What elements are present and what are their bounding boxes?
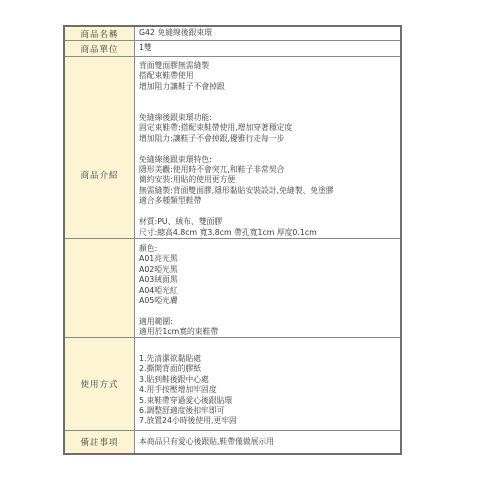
product-intro-text: 背面雙面膠無需縫製 搭配束鞋帶使用 增加阻力讓鞋子不會掉跟 免縫線後跟束環功能:…	[135, 57, 400, 238]
product-spec-table: 商品名稱 G42 免縫線後跟束環 商品單位 1雙 商品介紹 背面雙面膠無需縫製 …	[63, 25, 402, 455]
row-product-unit: 商品單位 1雙	[65, 41, 400, 57]
remarks-label: 備註事項	[65, 431, 135, 453]
product-name-value: G42 免縫線後跟束環	[135, 27, 400, 40]
remarks-text: 本商品只有愛心後跟貼,鞋帶僅做展示用	[135, 431, 400, 453]
row-product-intro: 商品介紹 背面雙面膠無需縫製 搭配束鞋帶使用 增加阻力讓鞋子不會掉跟 免縫線後跟…	[65, 57, 400, 239]
usage-method-label: 使用方式	[65, 338, 135, 430]
colors-and-range-text: 顏色: A01亮光黑 A02啞光黑 A03絨面黑 A04啞光紅 A05啞光膚 適…	[135, 239, 400, 337]
product-unit-value: 1雙	[135, 41, 400, 56]
row-product-name: 商品名稱 G42 免縫線後跟束環	[65, 27, 400, 41]
product-name-label: 商品名稱	[65, 27, 135, 40]
row-usage-method: 使用方式 1.先清潔欲黏貼處 2.撕開背面的膠紙 3.貼到鞋後跟中心處 4.用手…	[65, 338, 400, 431]
row-colors-and-range: 顏色: A01亮光黑 A02啞光黑 A03絨面黑 A04啞光紅 A05啞光膚 適…	[65, 239, 400, 338]
product-unit-label: 商品單位	[65, 41, 135, 56]
row-remarks: 備註事項 本商品只有愛心後跟貼,鞋帶僅做展示用	[65, 431, 400, 453]
colors-empty-label	[65, 239, 135, 337]
product-intro-label: 商品介紹	[65, 57, 135, 238]
usage-method-steps: 1.先清潔欲黏貼處 2.撕開背面的膠紙 3.貼到鞋後跟中心處 4.用手按壓增加牢…	[135, 338, 400, 430]
